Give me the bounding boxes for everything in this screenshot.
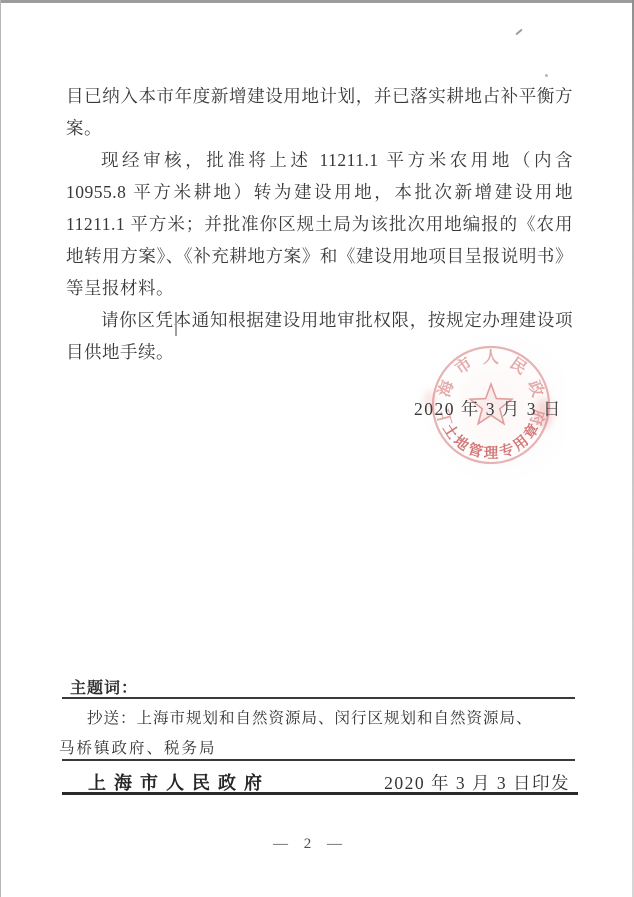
cc-line-2: 马桥镇政府、税务局 — [59, 736, 217, 758]
body-paragraph-continuation: 目已纳入本市年度新增建设用地计划，并已落实耕地占补平衡方案。 — [66, 80, 573, 144]
svg-text:理: 理 — [484, 445, 499, 462]
svg-text:市: 市 — [451, 353, 475, 378]
document-page: 目已纳入本市年度新增建设用地计划，并已落实耕地占补平衡方案。 现经审核，批准将上… — [0, 0, 634, 897]
scan-speck — [545, 74, 548, 77]
footer-rule-1 — [62, 697, 575, 699]
svg-text:民: 民 — [507, 354, 530, 378]
subject-terms-label: 主题词： — [70, 675, 138, 698]
body-text: 目已纳入本市年度新增建设用地计划，并已落实耕地占补平衡方案。 现经审核，批准将上… — [66, 80, 573, 368]
page-number: — 2 — — [0, 836, 616, 853]
footer-rule-2 — [62, 759, 575, 761]
pen-mark-artifact — [175, 312, 177, 336]
footer-rule-3 — [62, 792, 578, 795]
scan-speck — [515, 29, 522, 36]
scan-top-edge — [0, 0, 634, 3]
body-paragraph-approval: 现经审核，批准将上述 11211.1 平方米农用地（内含 10955.8 平方米… — [66, 144, 573, 304]
seal-arc-bottom-text: 土地管理专用章 — [439, 420, 543, 462]
scan-left-edge — [0, 0, 1, 897]
svg-text:人: 人 — [483, 349, 499, 367]
signature-date: 2020 年 3 月 3 日 — [414, 396, 562, 421]
cc-line-1: 抄送：上海市规划和自然资源局、闵行区规划和自然资源局、 — [87, 706, 533, 728]
